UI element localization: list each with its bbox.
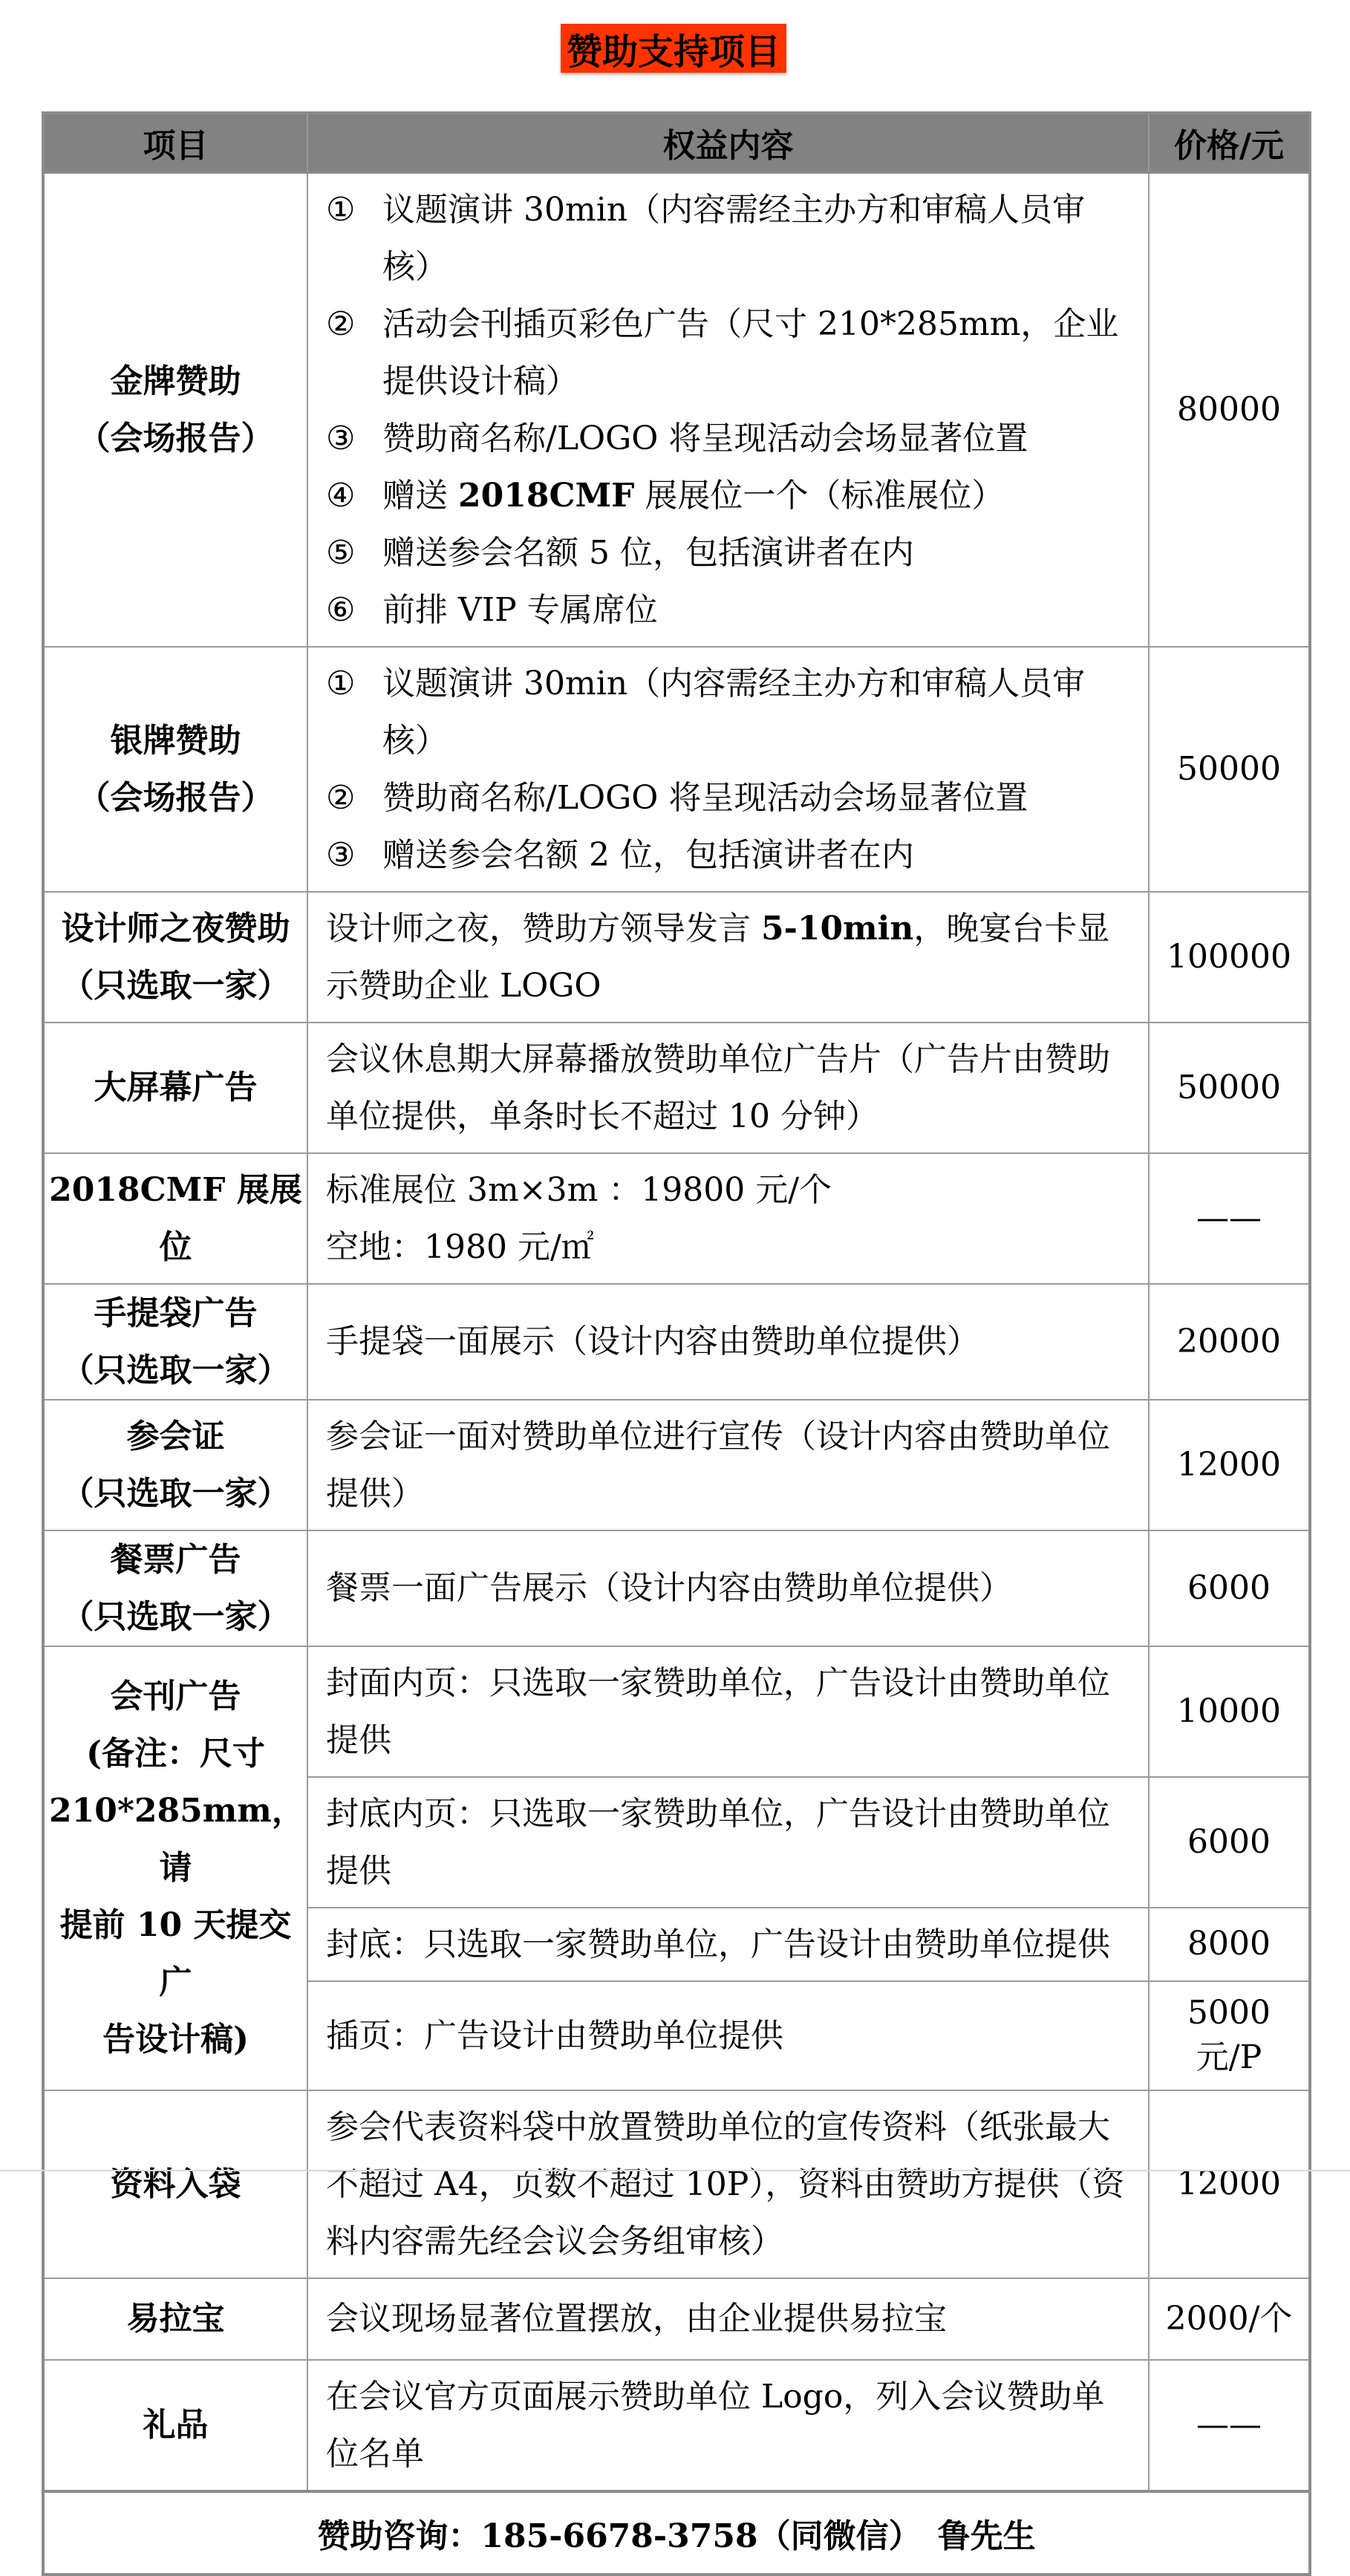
- label-line: 会刊广告: [49, 1668, 302, 1725]
- item-marker: ③: [326, 826, 382, 884]
- label-line: 提前 10 天提交广: [49, 1897, 302, 2011]
- content-line: 标准展位 3m×3m ：19800 元/个: [326, 1161, 1133, 1219]
- gift-price-cell: ——: [1149, 2360, 1310, 2491]
- label-line: 参会证: [49, 1408, 302, 1465]
- big-screen-benefits-cell: 会议休息期大屏幕播放赞助单位广告片（广告片由赞助单位提供，单条时长不超过 10 …: [307, 1023, 1149, 1153]
- journal-ad-subrow-price: 10000: [1149, 1646, 1310, 1777]
- gold-benefits-cell: ① 议题演讲 30min（内容需经主办方和审稿人员审核） ② 活动会刊插页彩色广…: [307, 172, 1149, 647]
- label-line: 资料入袋: [49, 2156, 302, 2213]
- designer-night-benefits-cell: 设计师之夜，赞助方领导发言 5-10min，晚宴台卡显示赞助企业 LOGO: [307, 892, 1149, 1023]
- row-attendee-badge: 参会证 （只选取一家） 参会证一面对赞助单位进行宣传（设计内容由赞助单位提供） …: [43, 1400, 1310, 1530]
- row-meal-ticket-ad: 餐票广告 （只选取一家） 餐票一面广告展示（设计内容由赞助单位提供） 6000: [43, 1530, 1310, 1646]
- item-marker: ④: [326, 467, 382, 524]
- page-title: 赞助支持项目: [561, 24, 786, 73]
- journal-ad-subrow-content: 封面内页：只选取一家赞助单位，广告设计由赞助单位提供: [307, 1646, 1149, 1777]
- label-line: 易拉宝: [49, 2290, 302, 2347]
- gold-label-cell: 金牌赞助 （会场报告）: [43, 172, 307, 647]
- contact-footer: 赞助咨询：185-6678-3758（同微信） 鲁先生: [43, 2491, 1310, 2575]
- item-text: 赠送 2018CMF 展展位一个（标准展位）: [382, 467, 1133, 524]
- materials-bag-price-cell: 12000: [1149, 2090, 1310, 2278]
- label-line: （只选取一家）: [49, 957, 302, 1014]
- list-item: ⑤ 赠送参会名额 5 位，包括演讲者在内: [326, 524, 1133, 581]
- cmf-booth-benefits-cell: 标准展位 3m×3m ：19800 元/个 空地：1980 元/㎡: [307, 1153, 1149, 1284]
- gold-price-cell: 80000: [1149, 172, 1310, 647]
- col-header-benefits: 权益内容: [307, 113, 1149, 172]
- row-contact-footer: 赞助咨询：185-6678-3758（同微信） 鲁先生: [43, 2491, 1310, 2575]
- label-line: 礼品: [49, 2396, 302, 2453]
- designer-night-label-cell: 设计师之夜赞助 （只选取一家）: [43, 892, 307, 1023]
- silver-benefits-cell: ① 议题演讲 30min（内容需经主办方和审稿人员审核） ② 赞助商名称/LOG…: [307, 647, 1149, 892]
- badge-label-cell: 参会证 （只选取一家）: [43, 1400, 307, 1530]
- label-line: （只选取一家）: [49, 1342, 302, 1399]
- row-tote-bag-ad: 手提袋广告 （只选取一家） 手提袋一面展示（设计内容由赞助单位提供） 20000: [43, 1284, 1310, 1400]
- roll-up-banner-price-cell: 2000/个: [1149, 2278, 1310, 2360]
- gift-label-cell: 礼品: [43, 2360, 307, 2491]
- meal-ticket-label-cell: 餐票广告 （只选取一家）: [43, 1530, 307, 1646]
- row-roll-up-banner: 易拉宝 会议现场显著位置摆放，由企业提供易拉宝 2000/个: [43, 2278, 1310, 2360]
- item-marker: ⑥: [326, 581, 382, 639]
- list-item: ⑥ 前排 VIP 专属席位: [326, 581, 1133, 639]
- item-text: 赠送参会名额 5 位，包括演讲者在内: [382, 524, 1133, 581]
- list-item: ④ 赠送 2018CMF 展展位一个（标准展位）: [326, 467, 1133, 524]
- list-item: ① 议题演讲 30min（内容需经主办方和审稿人员审核）: [326, 655, 1133, 769]
- label-line: 银牌赞助: [49, 712, 302, 769]
- meal-ticket-price-cell: 6000: [1149, 1530, 1310, 1646]
- journal-ad-subrow-content: 封底：只选取一家赞助单位，广告设计由赞助单位提供: [307, 1908, 1149, 1981]
- row-gold-sponsor: 金牌赞助 （会场报告） ① 议题演讲 30min（内容需经主办方和审稿人员审核）…: [43, 172, 1310, 647]
- row-materials-bag: 资料入袋 参会代表资料袋中放置赞助单位的宣传资料（纸张最大不超过 A4，页数不超…: [43, 2090, 1310, 2278]
- label-line: （会场报告）: [49, 769, 302, 826]
- journal-ad-subrow-content: 封底内页：只选取一家赞助单位，广告设计由赞助单位提供: [307, 1777, 1149, 1908]
- journal-ad-label-cell: 会刊广告 (备注：尺寸 210*285mm，请 提前 10 天提交广 告设计稿): [43, 1646, 307, 2090]
- badge-price-cell: 12000: [1149, 1400, 1310, 1530]
- list-item: ③ 赞助商名称/LOGO 将呈现活动会场显著位置: [326, 410, 1133, 467]
- col-header-project: 项目: [43, 113, 307, 172]
- cmf-booth-label-cell: 2018CMF 展展位: [43, 1153, 307, 1284]
- label-line: 210*285mm，请: [49, 1782, 302, 1897]
- label-line: 2018CMF 展展位: [49, 1161, 302, 1276]
- row-journal-ad-cover-inner: 会刊广告 (备注：尺寸 210*285mm，请 提前 10 天提交广 告设计稿)…: [43, 1646, 1310, 1777]
- journal-ad-subrow-price: 6000: [1149, 1777, 1310, 1908]
- label-line: 金牌赞助: [49, 353, 302, 410]
- list-item: ① 议题演讲 30min（内容需经主办方和审稿人员审核）: [326, 181, 1133, 296]
- item-text: 议题演讲 30min（内容需经主办方和审稿人员审核）: [382, 655, 1133, 769]
- designer-night-price-cell: 100000: [1149, 892, 1310, 1023]
- sponsorship-table: 项目 权益内容 价格/元 金牌赞助 （会场报告） ① 议题演讲 30min（内容…: [42, 111, 1311, 2576]
- label-line: 手提袋广告: [49, 1285, 302, 1342]
- tote-bag-benefits-cell: 手提袋一面展示（设计内容由赞助单位提供）: [307, 1284, 1149, 1400]
- row-designer-night: 设计师之夜赞助 （只选取一家） 设计师之夜，赞助方领导发言 5-10min，晚宴…: [43, 892, 1310, 1023]
- item-text: 赠送参会名额 2 位，包括演讲者在内: [382, 826, 1133, 884]
- journal-ad-subrow-content: 插页：广告设计由赞助单位提供: [307, 1981, 1149, 2090]
- big-screen-label-cell: 大屏幕广告: [43, 1023, 307, 1153]
- row-cmf-booth: 2018CMF 展展位 标准展位 3m×3m ：19800 元/个 空地：198…: [43, 1153, 1310, 1284]
- roll-up-banner-benefits-cell: 会议现场显著位置摆放，由企业提供易拉宝: [307, 2278, 1149, 2360]
- label-line: 大屏幕广告: [49, 1059, 302, 1116]
- item-text: 议题演讲 30min（内容需经主办方和审稿人员审核）: [382, 181, 1133, 296]
- col-header-price: 价格/元: [1149, 113, 1310, 172]
- silver-label-cell: 银牌赞助 （会场报告）: [43, 647, 307, 892]
- cmf-booth-price-cell: ——: [1149, 1153, 1310, 1284]
- item-text: 赞助商名称/LOGO 将呈现活动会场显著位置: [382, 410, 1133, 467]
- big-screen-price-cell: 50000: [1149, 1023, 1310, 1153]
- journal-ad-subrow-price: 5000 元/P: [1149, 1981, 1310, 2090]
- item-marker: ⑤: [326, 524, 382, 581]
- gift-benefits-cell: 在会议官方页面展示赞助单位 Logo，列入会议赞助单位名单: [307, 2360, 1149, 2491]
- silver-price-cell: 50000: [1149, 647, 1310, 892]
- tote-bag-price-cell: 20000: [1149, 1284, 1310, 1400]
- item-text: 活动会刊插页彩色广告（尺寸 210*285mm，企业提供设计稿）: [382, 296, 1133, 410]
- list-item: ③ 赠送参会名额 2 位，包括演讲者在内: [326, 826, 1133, 884]
- item-marker: ①: [326, 181, 382, 238]
- label-line: (备注：尺寸: [49, 1725, 302, 1782]
- item-text: 赞助商名称/LOGO 将呈现活动会场显著位置: [382, 769, 1133, 826]
- journal-ad-subrow-price: 8000: [1149, 1908, 1310, 1981]
- label-line: 告设计稿): [49, 2011, 302, 2068]
- materials-bag-label-cell: 资料入袋: [43, 2090, 307, 2278]
- table-header-row: 项目 权益内容 价格/元: [43, 113, 1310, 172]
- content-line: 空地：1980 元/㎡: [326, 1219, 1133, 1276]
- row-silver-sponsor: 银牌赞助 （会场报告） ① 议题演讲 30min（内容需经主办方和审稿人员审核）…: [43, 647, 1310, 892]
- meal-ticket-benefits-cell: 餐票一面广告展示（设计内容由赞助单位提供）: [307, 1530, 1149, 1646]
- materials-bag-benefits-cell: 参会代表资料袋中放置赞助单位的宣传资料（纸张最大不超过 A4，页数不超过 10P…: [307, 2090, 1149, 2278]
- list-item: ② 赞助商名称/LOGO 将呈现活动会场显著位置: [326, 769, 1133, 826]
- badge-benefits-cell: 参会证一面对赞助单位进行宣传（设计内容由赞助单位提供）: [307, 1400, 1149, 1530]
- item-text: 前排 VIP 专属席位: [382, 581, 1133, 639]
- tote-bag-label-cell: 手提袋广告 （只选取一家）: [43, 1284, 307, 1400]
- list-item: ② 活动会刊插页彩色广告（尺寸 210*285mm，企业提供设计稿）: [326, 296, 1133, 410]
- row-big-screen-ad: 大屏幕广告 会议休息期大屏幕播放赞助单位广告片（广告片由赞助单位提供，单条时长不…: [43, 1023, 1310, 1153]
- label-line: （只选取一家）: [49, 1465, 302, 1522]
- item-marker: ①: [326, 655, 382, 712]
- page-bottom-edge-line: [0, 2170, 1350, 2171]
- row-gift: 礼品 在会议官方页面展示赞助单位 Logo，列入会议赞助单位名单 ——: [43, 2360, 1310, 2491]
- label-line: 餐票广告: [49, 1531, 302, 1588]
- item-marker: ②: [326, 296, 382, 353]
- item-marker: ②: [326, 769, 382, 826]
- roll-up-banner-label-cell: 易拉宝: [43, 2278, 307, 2360]
- item-marker: ③: [326, 410, 382, 467]
- label-line: （会场报告）: [49, 410, 302, 467]
- label-line: 设计师之夜赞助: [49, 900, 302, 957]
- label-line: （只选取一家）: [49, 1588, 302, 1646]
